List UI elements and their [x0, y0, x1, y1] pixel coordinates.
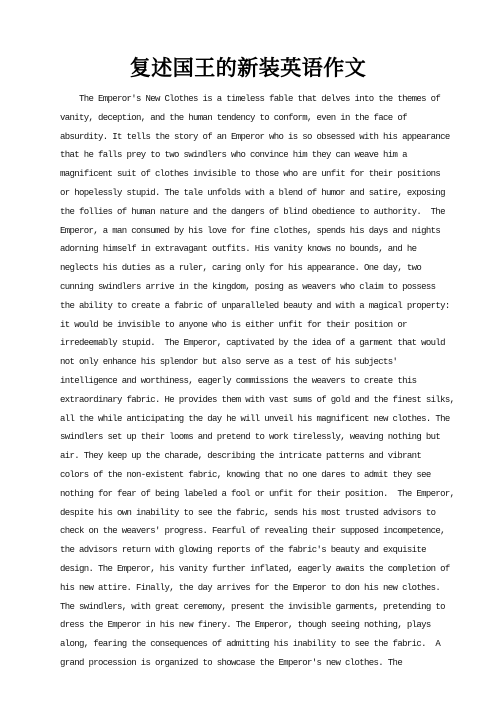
- text-line: grand procession is organized to showcas…: [60, 654, 456, 673]
- text-line: all the while anticipating the day he wi…: [60, 410, 456, 429]
- text-line: it would be invisible to anyone who is e…: [60, 316, 456, 335]
- text-line: that he falls prey to two swindlers who …: [60, 146, 456, 165]
- text-line: his new attire. Finally, the day arrives…: [60, 579, 456, 598]
- text-line: vanity, deception, and the human tendenc…: [60, 109, 456, 128]
- text-line: swindlers set up their looms and pretend…: [60, 428, 456, 447]
- text-line: the ability to create a fabric of unpara…: [60, 297, 456, 316]
- text-line: magnificent suit of clothes invisible to…: [60, 165, 456, 184]
- text-line: neglects his duties as a ruler, caring o…: [60, 259, 456, 278]
- document-page: 复述国王的新装英语作文 The Emperor's New Clothes is…: [0, 0, 496, 702]
- text-line: adorning himself in extravagant outfits.…: [60, 240, 456, 259]
- text-line: cunning swindlers arrive in the kingdom,…: [60, 278, 456, 297]
- text-line: The swindlers, with great ceremony, pres…: [60, 598, 456, 617]
- text-line: the advisors return with glowing reports…: [60, 541, 456, 560]
- text-line: absurdity. It tells the story of an Empe…: [60, 128, 456, 147]
- text-line: Emperor, a man consumed by his love for …: [60, 222, 456, 241]
- document-body: The Emperor's New Clothes is a timeless …: [60, 90, 456, 673]
- text-line: extraordinary fabric. He provides them w…: [60, 391, 456, 410]
- text-line: not only enhance his splendor but also s…: [60, 353, 456, 372]
- text-line: the follies of human nature and the dang…: [60, 203, 456, 222]
- text-line: The Emperor's New Clothes is a timeless …: [60, 90, 456, 109]
- text-line: design. The Emperor, his vanity further …: [60, 560, 456, 579]
- document-title: 复述国王的新装英语作文: [0, 54, 496, 84]
- text-line: dress the Emperor in his new finery. The…: [60, 616, 456, 635]
- text-line: check on the weavers' progress. Fearful …: [60, 522, 456, 541]
- text-line: air. They keep up the charade, describin…: [60, 447, 456, 466]
- text-line: colors of the non-existent fabric, knowi…: [60, 466, 456, 485]
- text-line: nothing for fear of being labeled a fool…: [60, 485, 456, 504]
- text-line: or hopelessly stupid. The tale unfolds w…: [60, 184, 456, 203]
- text-line: along, fearing the consequences of admit…: [60, 635, 456, 654]
- text-line: intelligence and worthiness, eagerly com…: [60, 372, 456, 391]
- text-line: despite his own inability to see the fab…: [60, 504, 456, 523]
- text-line: irredeemably stupid. The Emperor, captiv…: [60, 334, 456, 353]
